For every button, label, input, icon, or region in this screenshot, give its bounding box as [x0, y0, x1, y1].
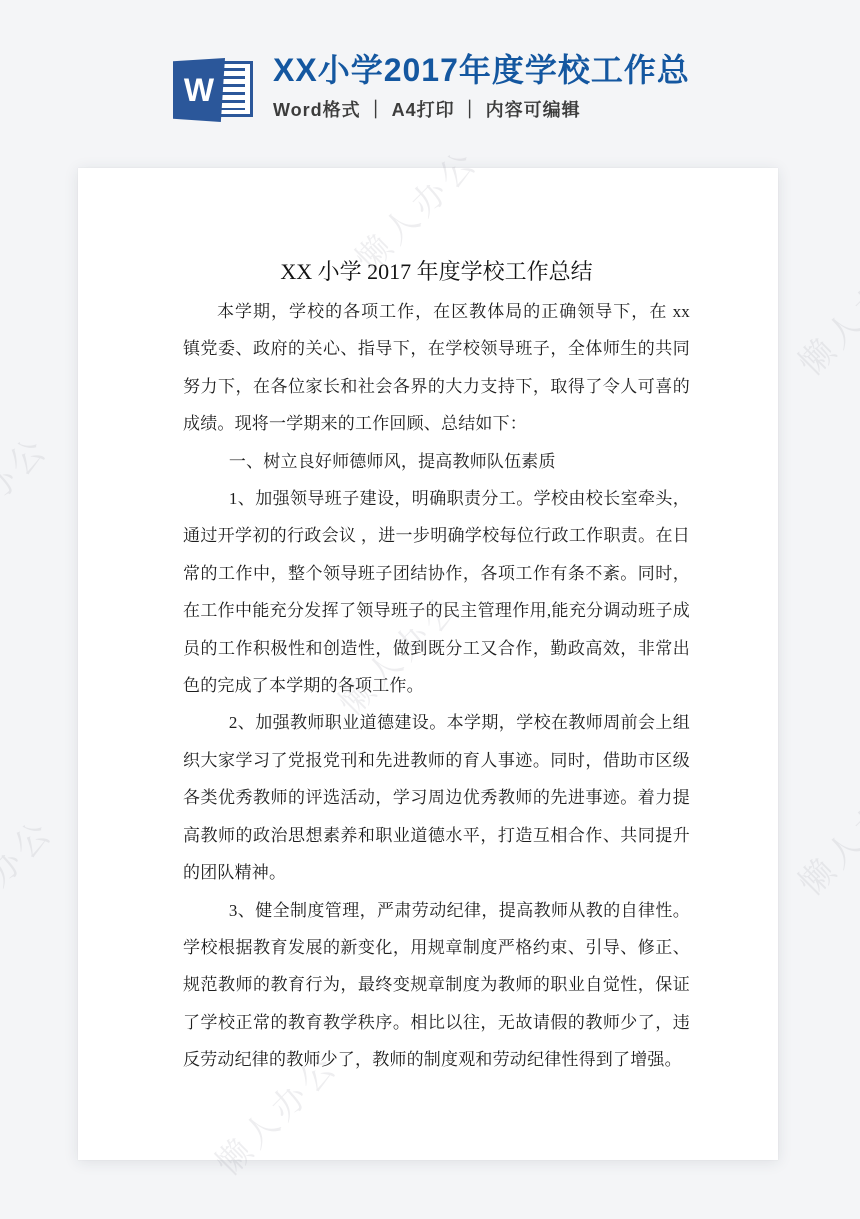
- document-title-link[interactable]: XX小学2017年度学校工作总: [273, 50, 690, 92]
- doc-paragraph-item-2: 2、加强教师职业道德建设。本学期，学校在教师周前会上组织大家学习了党报党刊和先进…: [183, 704, 690, 891]
- doc-paragraph-intro: 本学期，学校的各项工作，在区教体局的正确领导下，在 xx 镇党委、政府的关心、指…: [183, 293, 690, 443]
- word-icon-w-panel: W: [173, 58, 225, 122]
- watermark: 懒人办公: [0, 806, 62, 951]
- document-preview-screen: W XX小学2017年度学校工作总 Word格式 ｜ A4打印 ｜ 内容可编辑 …: [0, 0, 860, 1219]
- doc-paragraph-item-3: 3、健全制度管理，严肃劳动纪律，提高教师从教的自律性。学校根据教育发展的新变化，…: [183, 892, 690, 1079]
- word-file-icon: W: [173, 58, 253, 122]
- watermark: 懒人办公: [0, 423, 57, 568]
- header-text-block: XX小学2017年度学校工作总 Word格式 ｜ A4打印 ｜ 内容可编辑: [273, 50, 690, 122]
- doc-heading: XX 小学 2017 年度学校工作总结: [183, 252, 690, 292]
- doc-paragraph-item-1: 1、加强领导班子建设，明确职责分工。学校由校长室牵头，通过开学初的行政会议 ，进…: [183, 480, 690, 704]
- word-icon-letter: W: [184, 74, 214, 106]
- document-format-meta: Word格式 ｜ A4打印 ｜ 内容可编辑: [273, 96, 690, 122]
- doc-section-heading-1: 一、树立良好师德师风，提高教师队伍素质: [183, 443, 690, 480]
- a4-document-page: XX 小学 2017 年度学校工作总结 本学期，学校的各项工作，在区教体局的正确…: [78, 168, 778, 1160]
- watermark: 懒人办公: [786, 760, 860, 905]
- doc-body: 本学期，学校的各项工作，在区教体局的正确领导下，在 xx 镇党委、政府的关心、指…: [183, 293, 690, 1079]
- watermark: 懒人办公: [786, 240, 860, 385]
- site-header: W XX小学2017年度学校工作总 Word格式 ｜ A4打印 ｜ 内容可编辑: [173, 50, 690, 122]
